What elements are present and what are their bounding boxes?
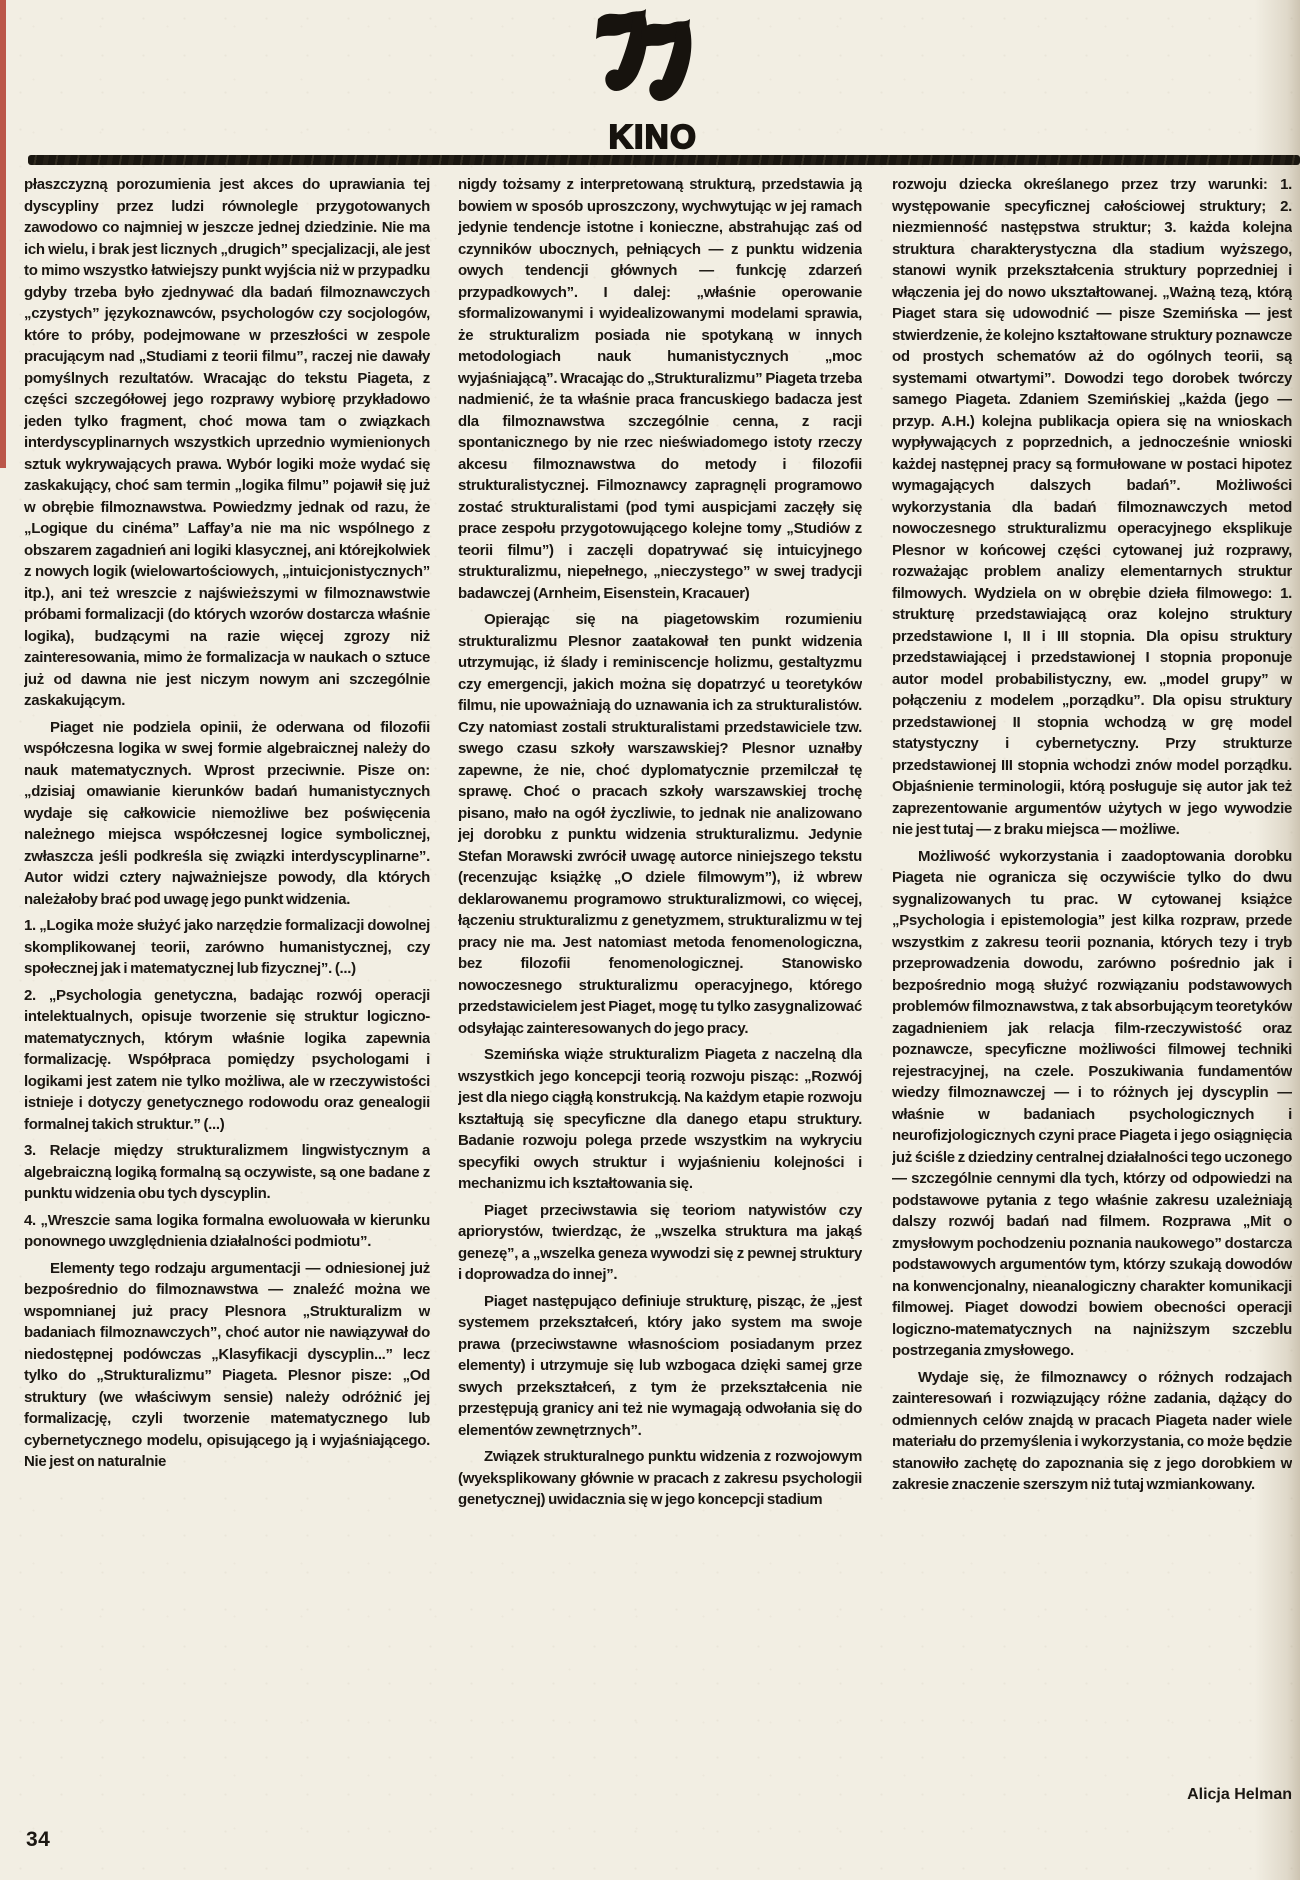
body-paragraph: płaszczyzną porozumienia jest akces do u… (24, 174, 430, 712)
body-paragraph: Piaget nie podziela opinii, że oderwana … (24, 717, 430, 911)
author-signature: Alicja Helman (892, 1786, 1292, 1804)
numbered-item: 1. „Logika może służyć jako narzędzie fo… (24, 915, 430, 980)
numbered-item: 2. „Psychologia genetyczna, badając rozw… (24, 985, 430, 1136)
body-paragraph: Piaget przeciwstawia się teoriom natywis… (458, 1200, 862, 1286)
text-column-right: rozwoju dziecka określanego przez trzy w… (892, 174, 1292, 1774)
numbered-item: 3. Relacje między strukturalizmem lingwi… (24, 1140, 430, 1205)
body-paragraph: Związek strukturalnego punktu widzenia z… (458, 1446, 862, 1511)
body-paragraph: Piaget następująco definiuje strukturę, … (458, 1291, 862, 1442)
body-paragraph: nigdy tożsamy z interpretowaną strukturą… (458, 174, 862, 604)
body-paragraph: Opierając się na piagetowskim rozumieniu… (458, 609, 862, 1039)
body-paragraph: Wydaje się, że filmoznawcy o różnych rod… (892, 1367, 1292, 1496)
kino-77-logo: KINO (592, 4, 714, 154)
decorative-rule (28, 155, 1300, 165)
body-paragraph: Możliwość wykorzystania i zaadoptowania … (892, 846, 1292, 1362)
body-paragraph: rozwoju dziecka określanego przez trzy w… (892, 174, 1292, 841)
logo-77-numerals (596, 9, 691, 101)
logo-kino-text: KINO (609, 118, 698, 154)
body-paragraph: Elementy tego rodzaju argumentacji — odn… (24, 1258, 430, 1473)
text-column-middle: nigdy tożsamy z interpretowaną strukturą… (458, 174, 862, 1840)
text-column-left: płaszczyzną porozumienia jest akces do u… (24, 174, 430, 1824)
left-edge-red-stripe (0, 0, 6, 468)
numbered-item: 4. „Wreszcie sama logika formalna ewoluo… (24, 1210, 430, 1253)
body-paragraph: Szemińska wiąże strukturalizm Piageta z … (458, 1044, 862, 1195)
magazine-page: KINO płaszczyzną porozumienia jest akces… (0, 0, 1300, 1880)
logo-graphic: KINO (592, 4, 714, 154)
page-number: 34 (26, 1828, 50, 1852)
